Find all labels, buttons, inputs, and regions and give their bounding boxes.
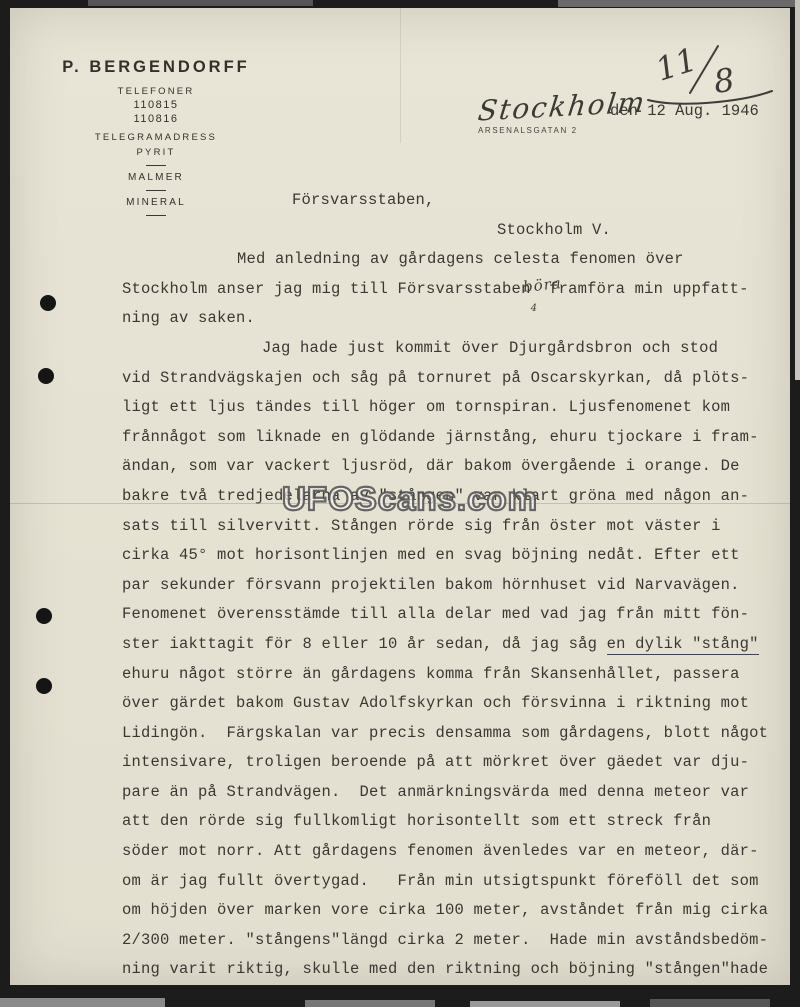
letterhead-street-address: ARSENALSGATAN 2 bbox=[478, 126, 578, 135]
letter-line: 2/300 meter. "stångens"längd cirka 2 met… bbox=[122, 926, 788, 956]
letter-line: Fenomenet överensstämde till alla delar … bbox=[122, 600, 788, 630]
letter-line: söder mot norr. Att gårdagens fenomen äv… bbox=[122, 837, 788, 867]
letter-line: Med anledning av gårdagens celesta fenom… bbox=[122, 245, 788, 275]
scan-artifact bbox=[650, 999, 770, 1007]
scan-artifact bbox=[795, 0, 800, 380]
letterhead-product-malmer: MALMER bbox=[36, 172, 276, 183]
punch-hole bbox=[36, 608, 52, 624]
letter-line: vid Strandvägskajen och såg på tornuret … bbox=[122, 364, 788, 394]
scan-artifact bbox=[0, 998, 165, 1007]
fold-line-vertical bbox=[400, 8, 401, 143]
underlined-phrase: en dylik "stång" bbox=[607, 635, 759, 655]
letter-line: frånnågot som liknade en glödande järnst… bbox=[122, 423, 788, 453]
handwritten-insertion: böra bbox=[522, 276, 562, 294]
scan-artifact bbox=[558, 0, 800, 7]
letter-line: pare än på Strandvägen. Det anmärkningsv… bbox=[122, 778, 788, 808]
scan-artifact bbox=[305, 1000, 435, 1007]
watermark: UFOScans.com bbox=[240, 480, 580, 518]
letterhead-telegram-label: TELEGRAMADRESS bbox=[36, 132, 276, 143]
corner-note-denominator: 8 bbox=[711, 60, 736, 100]
letter-line: cirka 45° mot horisontlinjen med en svag… bbox=[122, 541, 788, 571]
letter-line: ster iakttagit för 8 eller 10 år sedan, … bbox=[122, 630, 788, 660]
letterhead-phone-2: 110816 bbox=[36, 113, 276, 125]
letter-line: Försvarsstaben, bbox=[122, 186, 788, 216]
letter-line: par sekunder försvann projektilen bakom … bbox=[122, 571, 788, 601]
letter-line: Stockholm anser jag mig till Försvarssta… bbox=[122, 275, 788, 305]
letter-line: Lidingön. Färgskalan var precis densamma… bbox=[122, 719, 788, 749]
letterhead-phone-1: 110815 bbox=[36, 99, 276, 111]
letter-line: Stockholm V. bbox=[122, 216, 788, 246]
letterhead-divider bbox=[146, 165, 166, 166]
punch-hole bbox=[40, 295, 56, 311]
letter-line: över gärdet bakom Gustav Adolfskyrkan oc… bbox=[122, 689, 788, 719]
letter-line: Jag hade just kommit över Djurgårdsbron … bbox=[122, 334, 788, 364]
scanned-letter: P. BERGENDORFF TELEFONER 110815 110816 T… bbox=[0, 0, 800, 1007]
letter-line: ändan, som var vackert ljusröd, där bako… bbox=[122, 452, 788, 482]
letter-line: att den rörde sig fullkomligt horisontel… bbox=[122, 807, 788, 837]
letterhead-telefoner-label: TELEFONER bbox=[36, 86, 276, 97]
punch-hole bbox=[36, 678, 52, 694]
letterhead-telegram-address: PYRIT bbox=[36, 147, 276, 158]
letter-line: om är jag fullt övertygad. Från min utsi… bbox=[122, 867, 788, 897]
letter-line: ligt ett ljus tändes till höger om torns… bbox=[122, 393, 788, 423]
letter-line: ning av saken. bbox=[122, 304, 788, 334]
typed-date: den 12 Aug. 1946 bbox=[610, 102, 759, 120]
letter-body: Försvarsstaben,Stockholm V.Med anledning… bbox=[122, 186, 788, 985]
letter-line: ehuru något större än gårdagens komma fr… bbox=[122, 660, 788, 690]
letter-line: intensivare, troligen beroende på att mö… bbox=[122, 748, 788, 778]
corner-note-numerator: 11 bbox=[651, 40, 701, 89]
punch-hole bbox=[38, 368, 54, 384]
letterhead-name: P. BERGENDORFF bbox=[36, 58, 276, 77]
scan-artifact bbox=[470, 1001, 620, 1007]
scan-artifact bbox=[88, 0, 313, 6]
letter-line: om höjden över marken vore cirka 100 met… bbox=[122, 896, 788, 926]
insertion-caret: 4 bbox=[531, 304, 538, 314]
letter-line: ning varit riktig, skulle med den riktni… bbox=[122, 955, 788, 985]
